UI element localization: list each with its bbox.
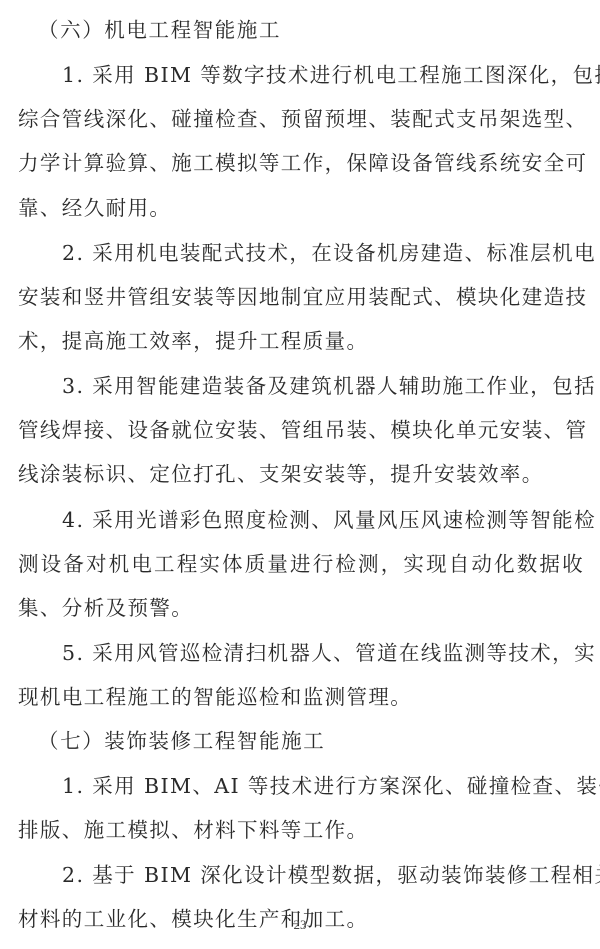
paragraph-7-1-line-1: 1. 采用 BIM、AI 等技术进行方案深化、碰撞检查、装修 bbox=[62, 771, 584, 801]
paragraph-6-3-line-1: 3. 采用智能建造装备及建筑机器人辅助施工作业，包括 bbox=[62, 371, 584, 401]
section-heading-6: （六）机电工程智能施工 bbox=[38, 15, 281, 45]
paragraph-6-1-line-4: 靠、经久耐用。 bbox=[18, 193, 584, 223]
paragraph-6-4-line-1: 4. 采用光谱彩色照度检测、风量风压风速检测等智能检 bbox=[62, 505, 584, 535]
paragraph-6-3-line-3: 线涂装标识、定位打孔、支架安装等，提升安装效率。 bbox=[18, 459, 584, 489]
paragraph-6-2-line-2: 安装和竖井管组安装等因地制宜应用装配式、模块化建造技 bbox=[18, 282, 584, 312]
paragraph-6-1-line-2: 综合管线深化、碰撞检查、预留预埋、装配式支吊架选型、 bbox=[18, 104, 584, 134]
paragraph-7-1-line-2: 排版、施工模拟、材料下料等工作。 bbox=[18, 815, 584, 845]
section-heading-7: （七）装饰装修工程智能施工 bbox=[38, 726, 325, 756]
paragraph-7-2-line-1: 2. 基于 BIM 深化设计模型数据，驱动装饰装修工程相关 bbox=[62, 860, 584, 890]
paragraph-6-4-line-3: 集、分析及预警。 bbox=[18, 593, 584, 623]
page-number: 23 bbox=[0, 917, 600, 933]
paragraph-6-2-line-3: 术，提高施工效率，提升工程质量。 bbox=[18, 326, 584, 356]
paragraph-6-5-line-1: 5. 采用风管巡检清扫机器人、管道在线监测等技术，实 bbox=[62, 638, 584, 668]
paragraph-6-5-line-2: 现机电工程施工的智能巡检和监测管理。 bbox=[18, 682, 584, 712]
paragraph-6-3-line-2: 管线焊接、设备就位安装、管组吊装、模块化单元安装、管 bbox=[18, 415, 584, 445]
paragraph-6-2-line-1: 2. 采用机电装配式技术，在设备机房建造、标准层机电 bbox=[62, 238, 584, 268]
document-page: （六）机电工程智能施工 1. 采用 BIM 等数字技术进行机电工程施工图深化，包… bbox=[0, 0, 600, 949]
paragraph-6-4-line-2: 测设备对机电工程实体质量进行检测，实现自动化数据收 bbox=[18, 549, 584, 579]
paragraph-6-1-line-3: 力学计算验算、施工模拟等工作，保障设备管线系统安全可 bbox=[18, 148, 584, 178]
paragraph-6-1-line-1: 1. 采用 BIM 等数字技术进行机电工程施工图深化，包括 bbox=[62, 60, 584, 90]
